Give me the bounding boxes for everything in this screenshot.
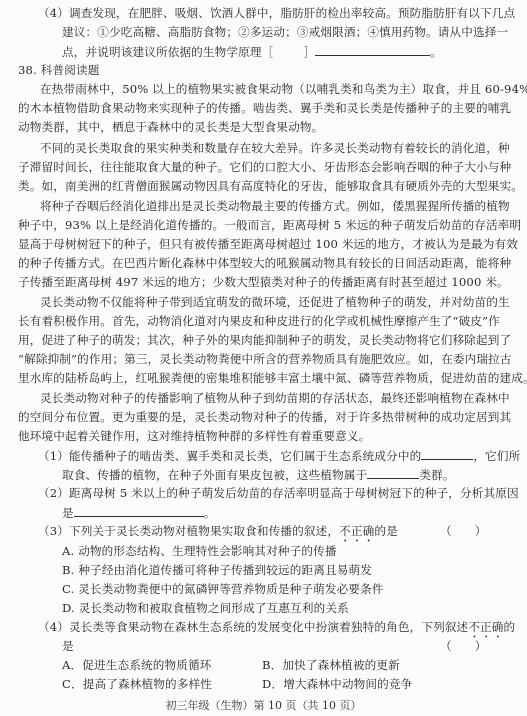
passage-line: 将种子吞咽后经消化道排出是灵长类动物最主要的传播方式。例如，倭黑猩猩所传播的植物 [40, 198, 510, 214]
sub2-line2: 是。 [62, 504, 216, 521]
sub4-option-d[interactable]: D．增大森林中动物间的竞争 [262, 676, 412, 692]
passage-line: “解除抑制”的作用；第三，灵长类动物粪便中所含的营养物质具有施肥效应。如，在委内… [18, 351, 512, 367]
sub3-label: （3） [38, 524, 69, 538]
sub4-label: （4） [38, 620, 69, 634]
sub4-option-b[interactable]: B．加快了森林植被的更新 [262, 657, 400, 673]
sub3-option-d[interactable]: D. 灵长类动物和被取食植物之间形成了互惠互利的关系 [62, 600, 349, 616]
passage-line: 在热带雨林中，50% 以上的植物果实被食果动物（以哺乳类和鸟类为主）取食，并且 … [40, 81, 527, 97]
passage-line: 子传播至距离母树 497 米远的地方；少数大型猿类对种子的传播距离有时甚至超过 … [18, 274, 509, 290]
passage-line: 的木本植物借助食果动物来实现种子的传播。啮齿类、翼手类和灵长类是传播种子的主要的… [18, 100, 511, 116]
passage-line: 灵长类动物对种子的传播影响了植物从种子到幼苗期的存活状态，最终还影响植物在森林中 [40, 390, 510, 406]
sub3-option-c[interactable]: C. 灵长类动物粪便中的氮磷钾等营养物质是种子萌发必要条件 [62, 581, 384, 597]
passage-line: 种子中，93% 以上是经消化道传播的。一般而言，距离母树 5 米远的种子萌发后幼… [18, 217, 521, 233]
sub3-option-a[interactable]: A. 动物的形态结构、生理特性会影响其对种子的传播 [62, 543, 337, 559]
q37-4-line1: （4）调查发现，在肥胖、吸烟、饮酒人群中，脂肪肝的检出率较高。预防脂肪肝有以下几… [38, 5, 515, 21]
sub1-blank-2[interactable] [367, 466, 419, 479]
sub2-label: （2） [38, 486, 69, 500]
passage-line: 长有着积极作用。首先，动物消化道对内果皮和种皮进行的化学或机械性摩擦产生了“破皮… [18, 313, 500, 329]
sub3-stem: （3）下列关于灵长类动物对植物果实取食和传播的叙述，不正确的是 [38, 523, 398, 545]
passage-line: 不同的灵长类取食的果实种类和数量存在较大差异。许多灵长类动物有着较长的消化道，种 [40, 140, 510, 156]
q38-title: 科普阅读题 [41, 63, 100, 77]
emphasis-not-correct: 不正确 [468, 620, 503, 634]
passage-line: 的空间分布位置。更为重要的是，灵长类动物对种子的传播，对于许多热带树种的成功定居… [18, 409, 511, 425]
passage-line: 显高于母树树冠下的种子，但只有被传播至距离母树超过 100 米远的地方，才被认为… [18, 236, 518, 252]
sub1-blank-1[interactable] [421, 447, 473, 460]
passage-line: 灵长类动物不仅能将种子带到适宜萌发的微环境，还促进了植物种子的萌发，并对幼苗的生 [40, 294, 510, 310]
sub4-option-c[interactable]: C．提高了森林植物的多样性 [62, 676, 212, 692]
sub2-blank[interactable] [74, 504, 204, 517]
sub1-line1: （1）能传播种子的啮齿类、翼手类和灵长类，它们属于生态系统成分中的，它们所 [38, 447, 520, 464]
q38-number: 38. [18, 63, 37, 77]
sub3-option-b[interactable]: B. 种子经由消化道传播可将种子传播到较远的距离且易萌发 [62, 562, 372, 578]
emphasis-not-correct: 不正确 [339, 524, 374, 538]
page-footer: 初三年级（生物）第 10 页（共 10 页） [0, 697, 527, 713]
passage-line: 里水库的陆桥岛屿上，红吼猴粪便的密集堆积能够丰富土壤中氮、磷等营养物质，促进幼苗… [18, 370, 527, 386]
passage-line: 他环境中起着关键作用，这对维持植物种群的多样性有着重要意义。 [18, 428, 370, 444]
q38-heading: 38. 科普阅读题 [18, 62, 99, 78]
sub2-line1: （2）距离母树 5 米以上的种子萌发后幼苗的存活率明显高于母树树冠下的种子，分析… [38, 485, 519, 501]
q37-4-label: （4） [38, 6, 69, 20]
q37-4-line3: 点，并说明该建议所依据的生物学原理［］。 [62, 43, 442, 60]
sub3-answer-paren[interactable]: （ ） [440, 523, 486, 539]
passage-line: 用，促进了种子的萌发；其次，种子外的果肉能抑制种子的萌发，灵长类动物将它们移除起… [18, 332, 511, 348]
q37-4-line2: 建议：①少吃高糖、高脂肪食物；②多运动；③戒烟限酒；④慎用药物。请从中选择一 [62, 24, 508, 40]
answer-blank[interactable] [315, 43, 430, 56]
passage-line: 子滞留时间长，往往能取食大量的种子。它们的口腔大小、牙齿形态会影响吞咽的种子大小… [18, 159, 511, 175]
sub4-answer-paren[interactable]: （ ） [440, 638, 486, 654]
sub4-option-a[interactable]: A．促进生态系统的物质循环 [62, 657, 211, 673]
sub4-stem-line2: 是 [62, 638, 74, 654]
sub1-label: （1） [38, 449, 69, 463]
passage-line: 的种子传播方式。在巴西片断化森林中体型较大的吼猴属动物具有较长的日间活动距离，能… [18, 255, 511, 271]
passage-line: 动物类群，其中，栖息于森林中的灵长类是大型食果动物。 [18, 119, 323, 135]
sub1-line2: 取食、传播的植物，在种子外面有果皮包被，这些植物属于类群。 [62, 466, 455, 483]
passage-line: 类。如，南美洲的红背僧面猴属动物因具有高度特化的牙齿，能够取食具有硬质外壳的大型… [18, 178, 523, 194]
